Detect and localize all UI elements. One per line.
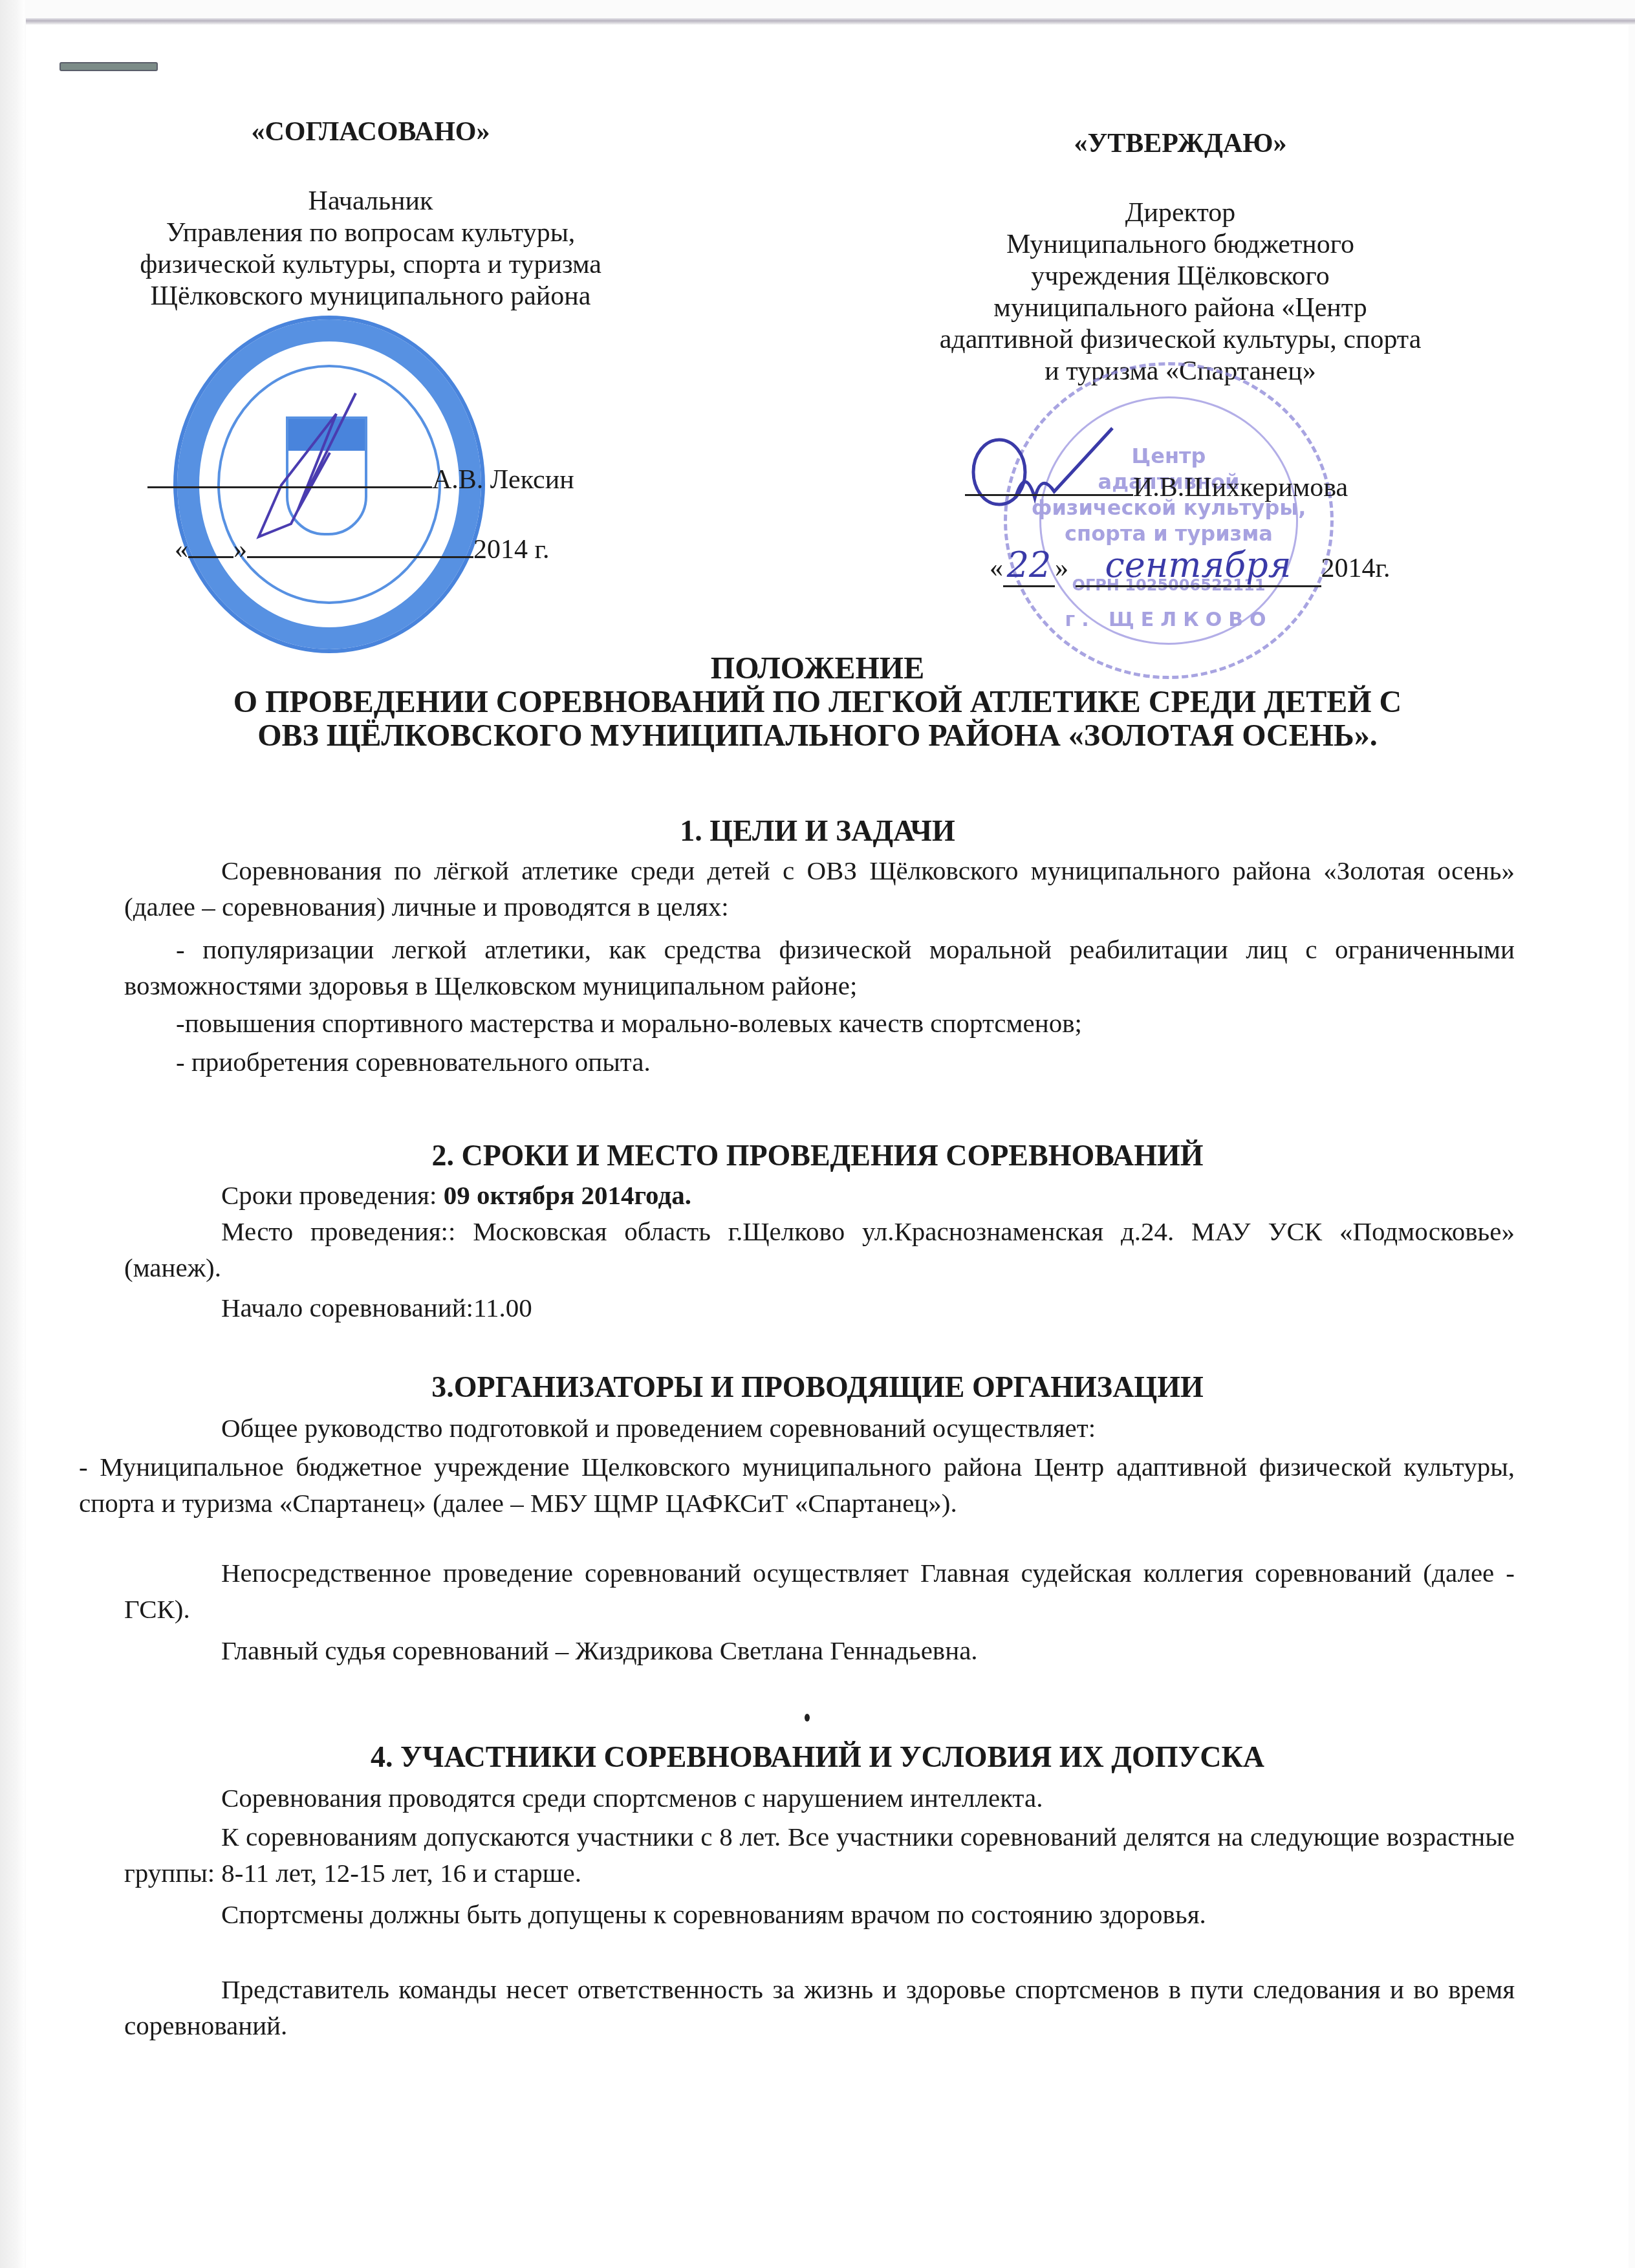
signature-blank — [965, 494, 1133, 496]
signature-blank — [147, 486, 432, 488]
approval-header: «УТВЕРЖДАЮ» — [854, 128, 1507, 160]
approval-header: «СОГЛАСОВАНО» — [70, 116, 671, 148]
month-blank — [247, 556, 473, 558]
signatory-name: И.В.Шихкеримова — [1133, 473, 1348, 502]
section-heading-organizers: 3.ОРГАНИЗАТОРЫ И ПРОВОДЯЩИЕ ОРГАНИЗАЦИИ — [0, 1370, 1635, 1404]
date-line-left: «»2014 г. — [175, 534, 550, 565]
goal-item: - популяризации легкой атлетики, как сре… — [124, 931, 1515, 1004]
signature-line-right: И.В.Шихкеримова — [965, 472, 1348, 503]
date-year: 2014 г. — [473, 535, 550, 565]
approval-org-line: Щёлковского муниципального района — [70, 281, 671, 312]
approval-org-line: адаптивной физической культуры, спорта — [854, 324, 1507, 356]
title-line: ПОЛОЖЕНИЕ — [26, 652, 1609, 686]
dates-label: Сроки проведения: — [221, 1180, 444, 1210]
signature-line-left: А.В. Лексин — [147, 464, 574, 495]
handwritten-day: 22 — [1003, 545, 1055, 587]
ink-dot — [805, 1714, 810, 1722]
approval-block-approved: «УТВЕРЖДАЮ» Директор Муниципального бюдж… — [854, 128, 1507, 387]
title-line: ОВЗ ЩЁЛКОВСКОГО МУНИЦИПАЛЬНОГО РАЙОНА «З… — [26, 719, 1609, 753]
organizers-p2: - Муниципальное бюджетное учреждение Щел… — [79, 1449, 1515, 1521]
goal-item: - приобретения соревновательного опыта. — [124, 1044, 1515, 1080]
staple-mark — [60, 62, 158, 71]
section-goals-intro: Соревнования по лёгкой атлетике среди де… — [124, 852, 1515, 925]
approval-org-line: Муниципального бюджетного — [854, 229, 1507, 261]
event-start-time: Начало соревнований:11.00 — [124, 1290, 1515, 1326]
participants-p1: Соревнования проводятся среди спортсмено… — [124, 1780, 1515, 1816]
approval-org-line: и туризма «Спартанец» — [854, 356, 1507, 387]
organizers-p3: Непосредственное проведение соревнований… — [124, 1555, 1515, 1627]
document-title: ПОЛОЖЕНИЕ О ПРОВЕДЕНИИ СОРЕВНОВАНИЙ ПО Л… — [26, 652, 1609, 753]
approval-org-line: учреждения Щёлковского — [854, 261, 1507, 292]
section-heading-goals: 1. ЦЕЛИ И ЗАДАЧИ — [0, 814, 1635, 848]
event-place: Место проведения:: Московская область г.… — [124, 1213, 1515, 1286]
date-quote-open: « — [175, 535, 188, 565]
day-blank — [188, 556, 233, 558]
participants-p3: Спортсмены должны быть допущены к соревн… — [124, 1896, 1515, 1932]
chief-judge: Главный судья соревнований – Жиздрикова … — [124, 1632, 1515, 1669]
date-line-right: «22» сентября2014г. — [990, 545, 1391, 587]
scan-edge-top — [26, 18, 1635, 25]
signatory-name: А.В. Лексин — [432, 465, 574, 495]
date-year: 2014г. — [1321, 554, 1391, 583]
date-quote-close: » — [233, 535, 247, 565]
dates-value: 09 октября 2014года. — [444, 1180, 691, 1210]
scan-edge-left — [0, 0, 25, 2268]
section-heading-participants: 4. УЧАСТНИКИ СОРЕВНОВАНИЙ И УСЛОВИЯ ИХ Д… — [0, 1740, 1635, 1774]
participants-p2: К соревнованиям допускаются участники с … — [124, 1819, 1515, 1891]
section-heading-dates-place: 2. СРОКИ И МЕСТО ПРОВЕДЕНИЯ СОРЕВНОВАНИЙ — [0, 1138, 1635, 1172]
approval-org-line: физической культуры, спорта и туризма — [70, 249, 671, 281]
organizers-p1: Общее руководство подготовкой и проведен… — [124, 1410, 1515, 1446]
title-line: О ПРОВЕДЕНИИ СОРЕВНОВАНИЙ ПО ЛЕГКОЙ АТЛЕ… — [26, 686, 1609, 719]
participants-p4: Представитель команды несет ответственно… — [124, 1971, 1515, 2044]
approval-position: Начальник — [70, 186, 671, 217]
approval-block-agreed: «СОГЛАСОВАНО» Начальник Управления по во… — [70, 116, 671, 312]
event-dates: Сроки проведения: 09 октября 2014года. — [124, 1177, 1515, 1213]
approval-org-line: Управления по вопросам культуры, — [70, 217, 671, 249]
handwritten-month: сентября — [1076, 545, 1321, 587]
goal-item: -повышения спортивного мастерства и мора… — [124, 1005, 1515, 1041]
approval-position: Директор — [854, 197, 1507, 229]
approval-org-line: муниципального района «Центр — [854, 292, 1507, 324]
